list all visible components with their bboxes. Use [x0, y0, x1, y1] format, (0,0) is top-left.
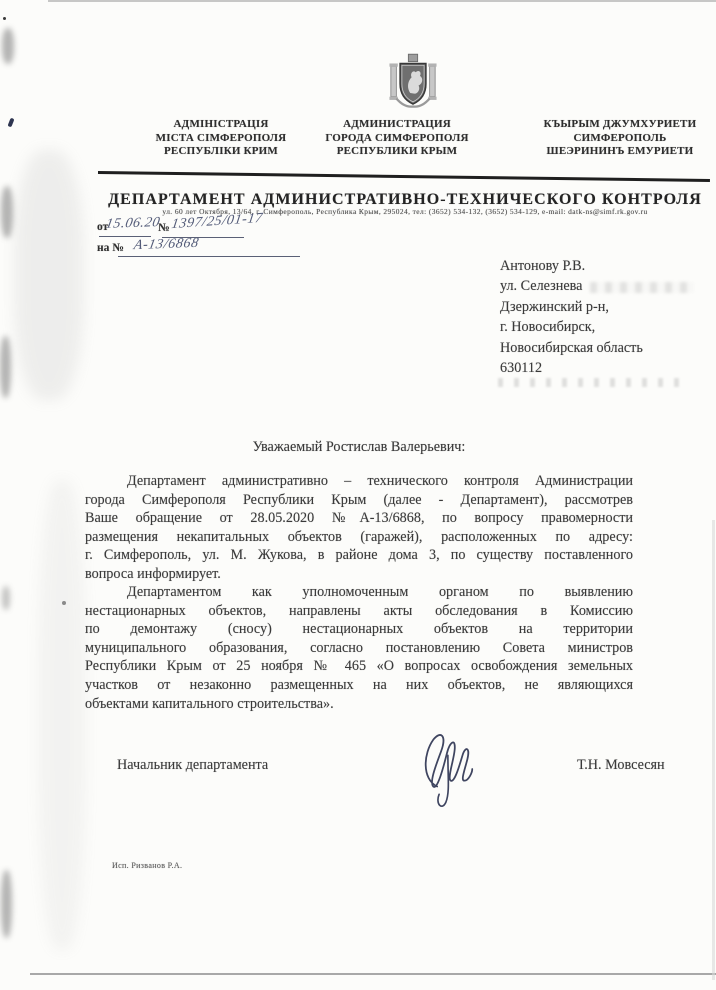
body-line: муниципального образования, согласно пос…	[85, 639, 633, 658]
body-line: вопроса информирует.	[85, 565, 633, 584]
body-line: участков от незаконно размещенных на них…	[85, 676, 633, 695]
ref-reply-label: на №	[97, 242, 124, 254]
body-line: города Симферополя Республики Крым (дале…	[85, 491, 633, 510]
crimea-coat-of-arms-icon	[389, 52, 437, 110]
letterhead-text-line: АДМИНИСТРАЦИЯ	[318, 118, 476, 132]
body-line: Департамент административно – техническо…	[85, 472, 633, 491]
body-line: г. Симферополь, ул. М. Жукова, в районе …	[85, 546, 633, 565]
letterhead-divider-rule	[98, 171, 710, 182]
redacted-area	[590, 282, 694, 293]
ref-from-date-handwritten: 15.06.20	[104, 215, 161, 233]
scan-right-edge	[712, 520, 715, 980]
scan-streak	[14, 150, 84, 400]
letterhead-text-line: РЕСПУБЛІКИ КРИМ	[138, 145, 304, 159]
scan-smudge	[2, 586, 10, 610]
body-line: Департаментом как уполномоченным органом…	[85, 583, 633, 602]
letterhead-text-line: МІСТА СІМФЕРОПОЛЯ	[138, 132, 304, 146]
scan-bottom-edge	[30, 973, 716, 975]
letterhead-text-line: АДМІНІСТРАЦІЯ	[138, 118, 304, 132]
scan-smudge	[2, 28, 14, 64]
recipient-address-block: Антонову Р.В.ул. СелезневаДзержинский р-…	[500, 256, 710, 378]
letterhead-text-line: РЕСПУБЛИКИ КРЫМ	[318, 145, 476, 159]
salutation: Уважаемый Ростислав Валерьевич:	[85, 439, 633, 456]
ink-mark	[7, 118, 14, 128]
ink-speck	[3, 17, 6, 20]
body-line: нестационарных объектов, направлены акты…	[85, 602, 633, 621]
recipient-line: Дзержинский р-н,	[500, 297, 710, 317]
ref-reply-number-handwritten: А-13/6868	[132, 236, 200, 254]
recipient-line: г. Новосибирск,	[500, 317, 710, 337]
scan-smudge	[0, 336, 11, 398]
signatory-name: Т.Н. Мовсесян	[577, 757, 665, 774]
scan-smudge	[1, 186, 13, 238]
scan-smudge	[1, 870, 12, 938]
body-line: Ваше обращение от 28.05.2020 №А-13/6868,…	[85, 509, 633, 528]
scan-top-edge	[48, 0, 716, 2]
body-line: размещения некапитальных объектов (гараж…	[85, 528, 633, 547]
department-address-line: ул. 60 лет Октября, 13/64, г. Симферопол…	[95, 207, 715, 216]
letter-body: Департамент административно – техническо…	[85, 472, 633, 713]
letterhead-column-ukrainian: АДМІНІСТРАЦІЯМІСТА СІМФЕРОПОЛЯРЕСПУБЛІКИ…	[138, 118, 304, 159]
letterhead-column-russian: АДМИНИСТРАЦИЯГОРОДА СИМФЕРОПОЛЯРЕСПУБЛИК…	[318, 118, 476, 159]
body-line: объектами капитального строительства».	[85, 695, 633, 714]
letterhead-text-line: ГОРОДА СИМФЕРОПОЛЯ	[318, 132, 476, 146]
recipient-line: 630112	[500, 358, 710, 378]
recipient-line: ул. Селезнева	[500, 276, 710, 296]
signature-icon	[404, 726, 482, 810]
ref-number-label: №	[158, 222, 170, 234]
executor-line: Исп. Ризванов Р.А.	[112, 861, 182, 870]
signatory-position: Начальник департамента	[117, 757, 268, 774]
scanned-letter-page: АДМІНІСТРАЦІЯМІСТА СІМФЕРОПОЛЯРЕСПУБЛІКИ…	[0, 0, 716, 990]
scan-streak	[38, 480, 86, 950]
letterhead-text-line: ШЕЭРИНИНЪ ЕМУРИЕТИ	[524, 145, 716, 159]
body-line: Республики Крым от 25 ноября № 465 «О во…	[85, 657, 633, 676]
ink-speck	[62, 601, 66, 605]
body-line: по демонтажу (сносу) нестационарных объе…	[85, 620, 633, 639]
recipient-line: Новосибирская область	[500, 338, 710, 358]
letterhead-column-crimean-tatar: КЪЫРЫМ ДЖУМХУРИЕТИСИМФЕРОПОЛЬШЕЭРИНИНЪ Е…	[524, 118, 716, 159]
letterhead-text-line: СИМФЕРОПОЛЬ	[524, 132, 716, 146]
letterhead-text-line: КЪЫРЫМ ДЖУМХУРИЕТИ	[524, 118, 716, 132]
recipient-line: Антонову Р.В.	[500, 256, 710, 276]
ref-underline	[118, 256, 300, 257]
erased-line	[498, 378, 690, 387]
